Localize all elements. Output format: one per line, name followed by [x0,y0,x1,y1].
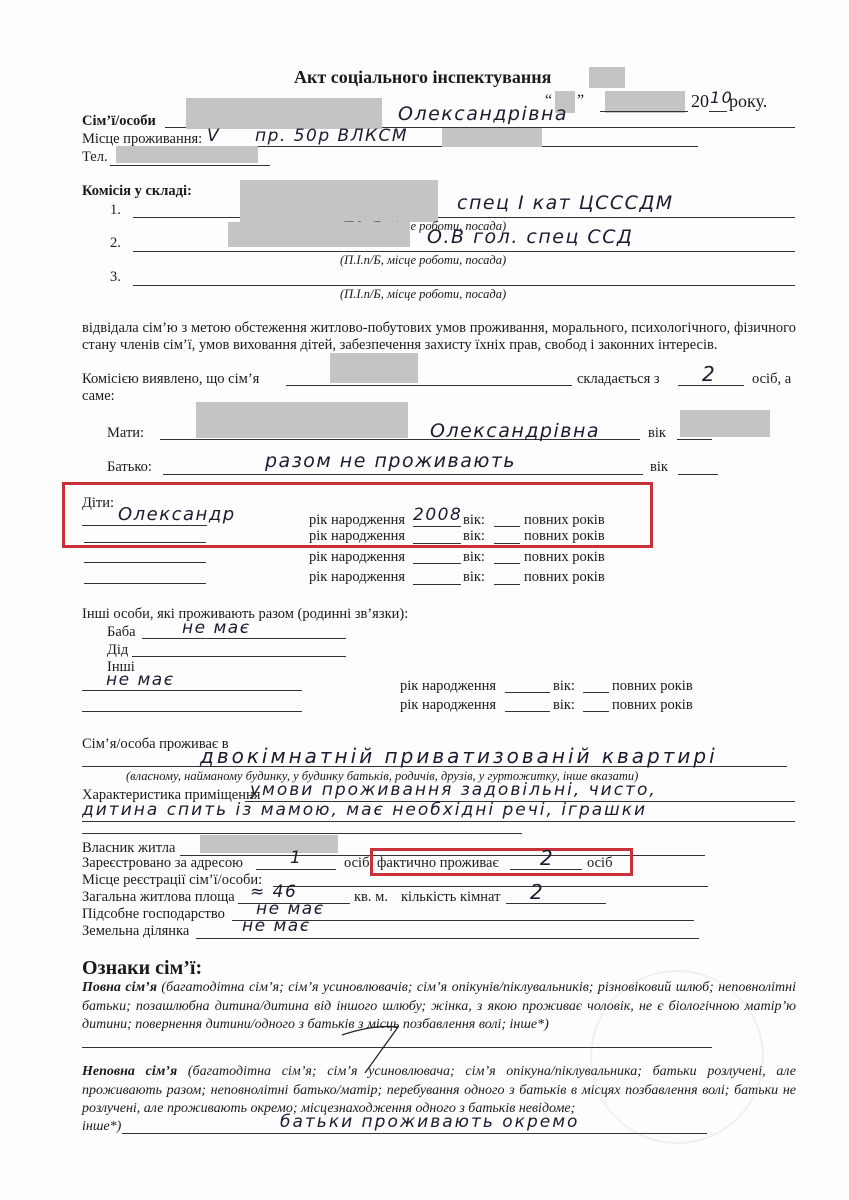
other-years-label: повних років [612,697,693,714]
other-birth-label: рік народження [400,678,496,695]
child-years-label: повних років [524,569,605,586]
redaction [442,128,542,147]
lives-in-hand: двокімнатній приватизованій квартирі [200,744,718,768]
registered-label: Зареєстровано за адресою [82,855,243,872]
child-birth-hand: 2008 [413,505,462,525]
mother-label: Мати: [107,425,144,442]
member-2-caption: (П.І.п/Б, місце роботи, посада) [340,253,506,268]
incomplete-hand: батьки проживають окремо [280,1112,579,1132]
found-line2: саме: [82,388,115,405]
child-birth-label: рік народження [309,569,405,586]
child-age-label: вік: [463,569,485,586]
area-unit: кв. м. [354,889,388,906]
found-prefix: Комісією виявлено, що сім’я [82,371,259,388]
date-close-quote: ” [577,92,584,109]
member-3-caption: (П.І.п/Б, місце роботи, посада) [340,287,506,302]
premises-hand-line2: дитина спить із мамою, має необхідні реч… [82,800,647,820]
premises-hand-line1: умови проживання задовільні, чисто, [250,780,657,800]
member-2-num: 2. [110,235,121,252]
signs-heading: Ознаки сім’ї: [82,957,202,980]
found-middle: складається з [577,371,660,388]
redaction [680,410,770,437]
area-label: Загальна житлова площа [82,889,235,906]
child-years-label: повних років [524,549,605,566]
other-birth-label: рік народження [400,697,496,714]
residence-mark: V [207,126,220,146]
redaction [116,146,258,163]
found-count-hand: 2 [702,362,716,386]
land-hand: не має [242,916,311,936]
other-hand: не має [106,670,175,690]
redaction [330,353,418,383]
child-age-label: вік: [463,549,485,566]
child-birth-label: рік народження [309,549,405,566]
found-suffix: осіб, а [752,371,791,388]
grandmother-label: Баба [107,624,136,641]
redaction [605,91,685,113]
member-2-hand: О.В гол. спец ССД [427,226,633,248]
children-label: Діти: [82,495,114,512]
member-1-hand: спец І кат ЦСССДМ [457,192,674,214]
other-age-label: вік: [553,678,575,695]
child-years-label: повних років [524,528,605,545]
child-age-label: вік: [463,528,485,545]
actual-label: фактично проживає [377,855,499,872]
full-family-title: Повна сім’я [82,980,157,995]
redaction [200,835,338,853]
other-age-label: вік: [553,697,575,714]
actual-unit: осіб [587,855,612,872]
rooms-hand: 2 [530,880,544,904]
family-hand: Олександрівна [398,103,568,125]
member-1-num: 1. [110,202,121,219]
child-birth-label: рік народження [309,512,405,529]
child-birth-label: рік народження [309,528,405,545]
grandmother-hand: не має [182,618,251,638]
redaction [589,67,625,88]
father-label: Батько: [107,459,152,476]
faint-stamp [590,970,764,1144]
registered-unit: осіб [344,855,369,872]
land-label: Земельна ділянка [82,923,189,940]
father-hand: разом не проживають [265,450,516,472]
child-years-label: повних років [524,512,605,529]
residence-hand: пр. 50р ВЛКСМ [255,126,408,146]
child-age-label: вік: [463,512,485,529]
reg-place-label: Місце реєстрації сім’ї/особи: [82,872,262,889]
redaction [186,98,382,129]
incomplete-other-label: інше*) [82,1118,121,1137]
child-name-hand: Олександр [118,504,236,525]
redaction [196,402,408,438]
farm-label: Підсобне господарство [82,906,225,923]
date-suffix: року. [729,93,767,110]
grandfather-label: Дід [107,642,128,659]
redaction [228,224,410,247]
page-title: Акт соціального інспектування [294,67,551,88]
mother-hand: Олександрівна [430,420,600,442]
mother-age-label: вік [648,425,666,442]
redaction [240,180,438,222]
phone-label: Тел. [82,149,108,166]
rooms-label: кількість кімнат [401,889,500,906]
date-century: 20 [691,93,709,110]
commission-label: Комісія у складі: [82,183,192,200]
purpose-text: відвідала сім’ю з метою обстеження житло… [82,320,796,354]
father-age-label: вік [650,459,668,476]
member-3-num: 3. [110,269,121,286]
registered-count-hand: 1 [290,848,302,868]
family-label: Сім’ї/особи [82,113,156,130]
incomplete-family-title: Неповна сім’я [82,1064,177,1079]
other-years-label: повних років [612,678,693,695]
actual-hand: 2 [540,846,554,870]
